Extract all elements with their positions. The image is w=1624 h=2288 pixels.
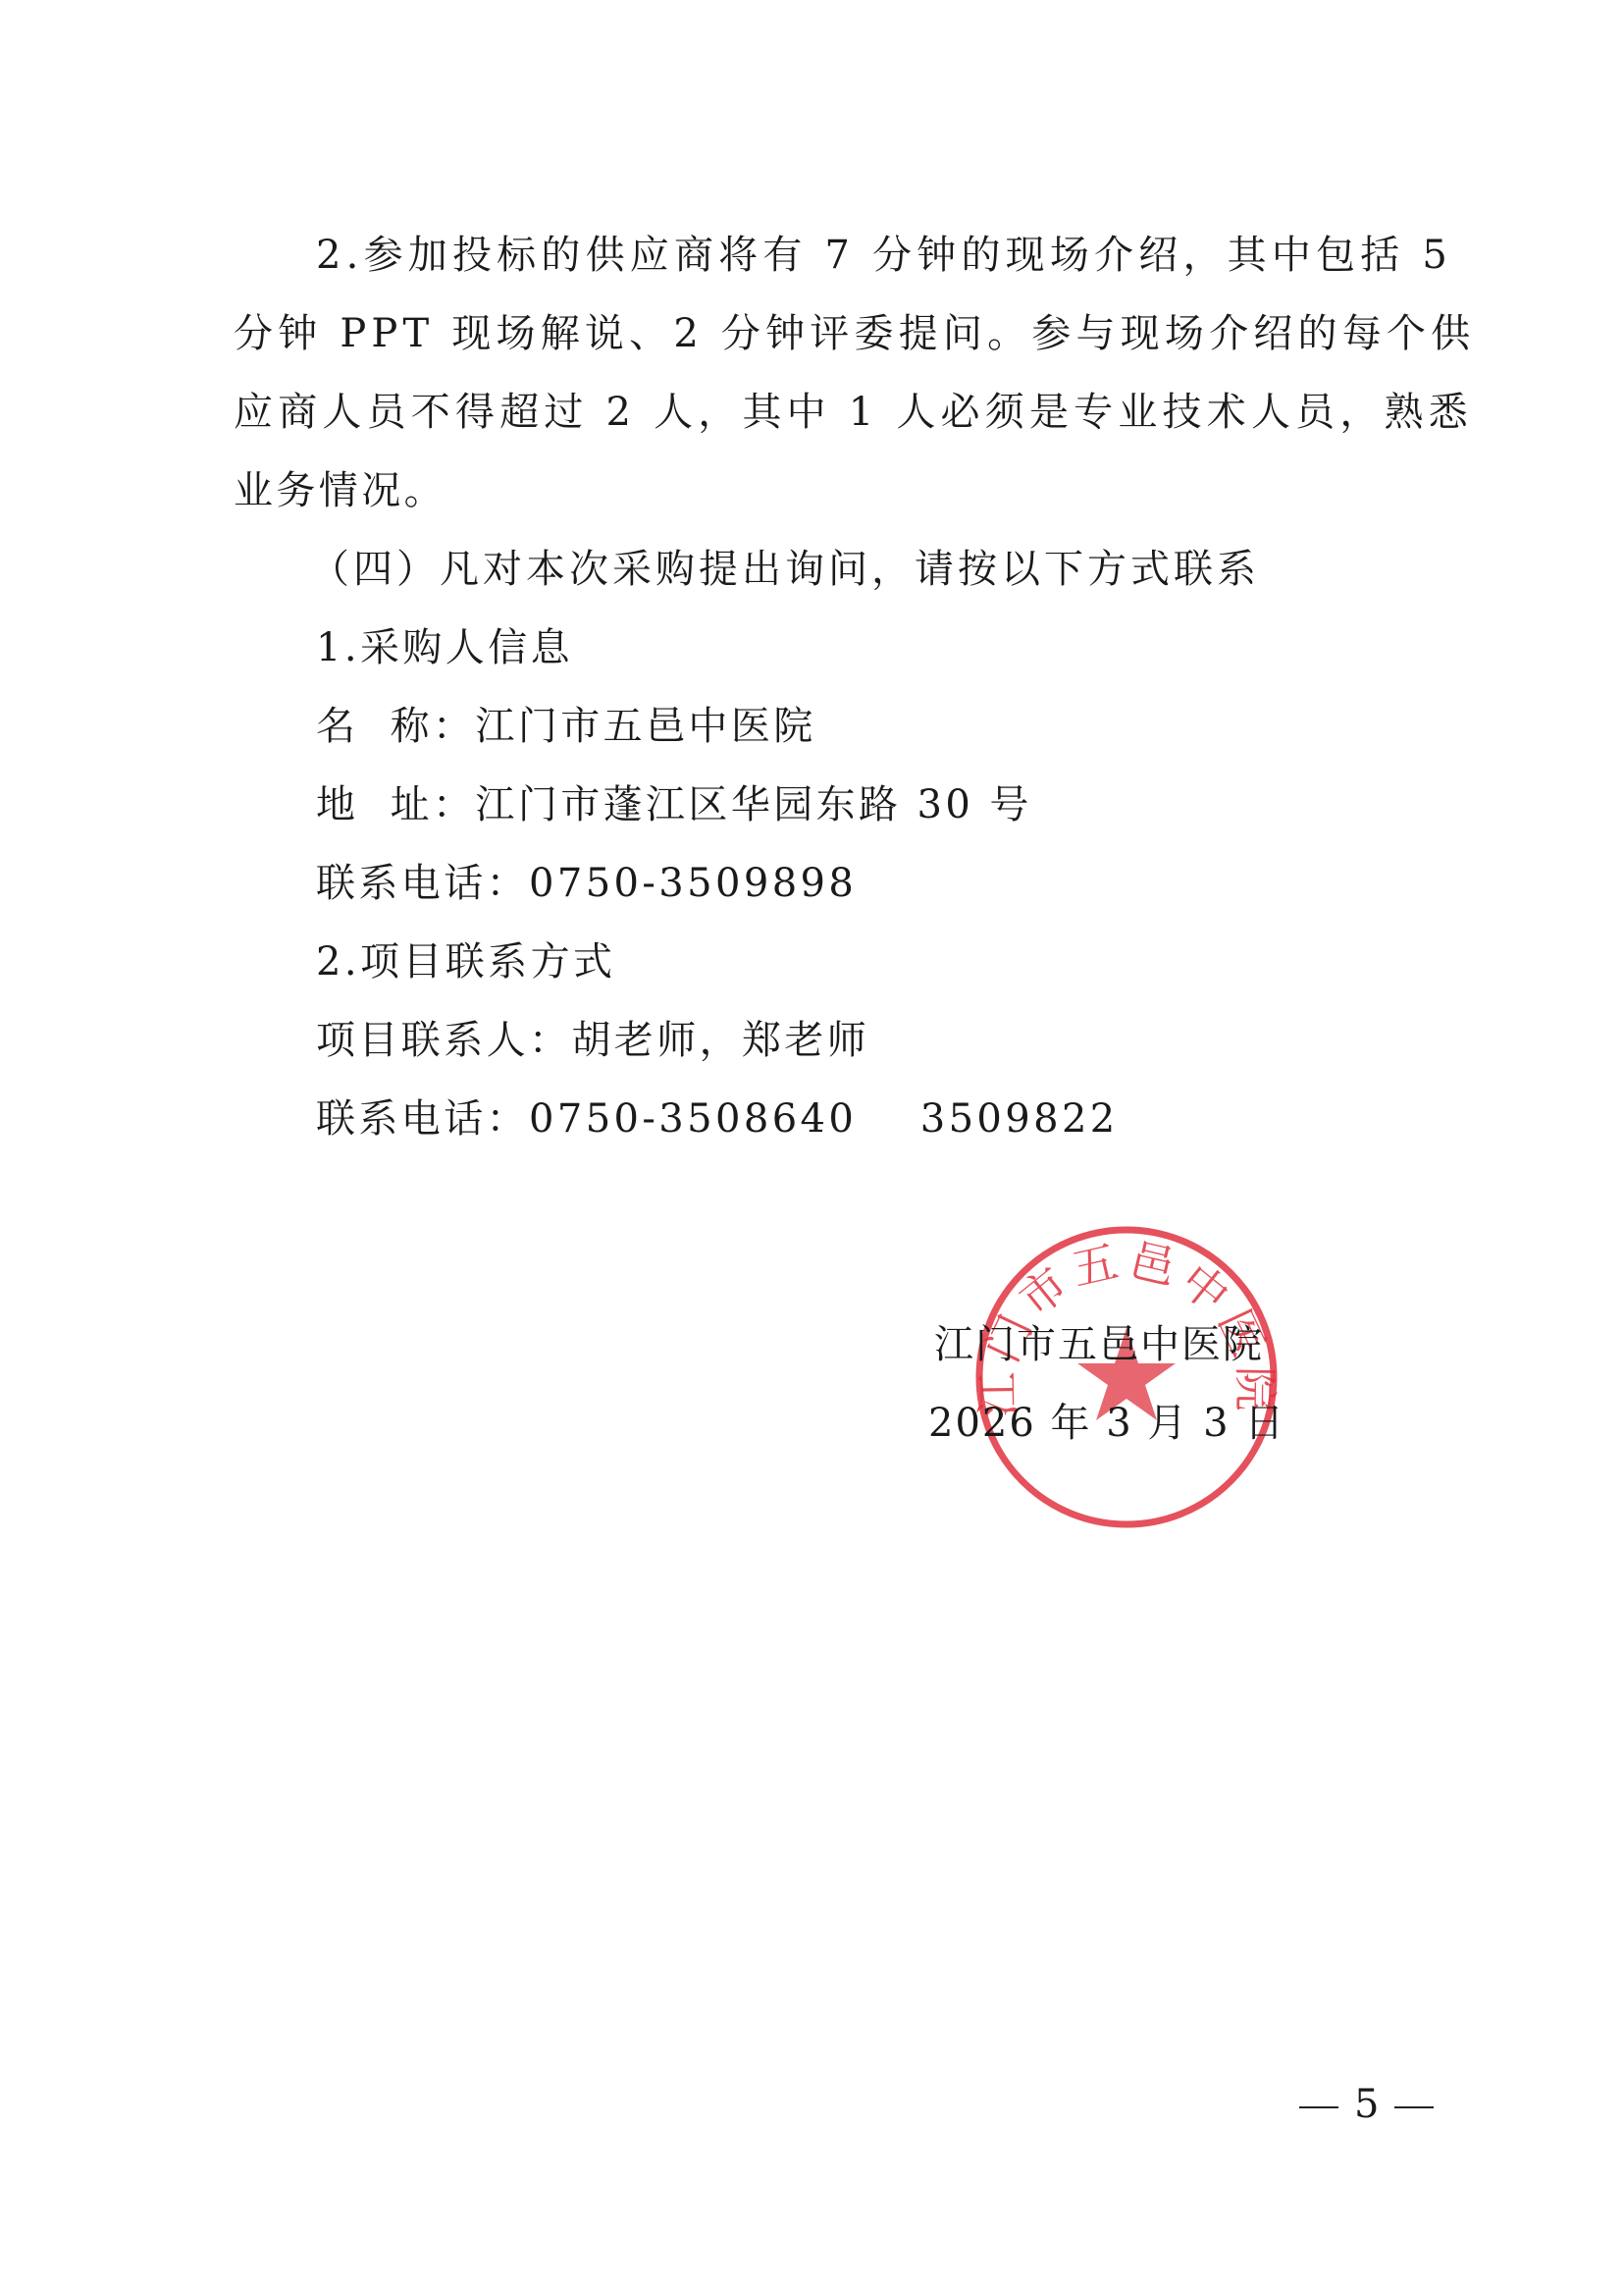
page-number: 5 <box>1283 2081 1449 2128</box>
purchaser-phone: 联系电话：0750-3509898 <box>316 860 857 907</box>
purchaser-heading: 1.采购人信息 <box>316 624 573 671</box>
page-number-value: 5 <box>1354 2082 1379 2127</box>
purchaser-name: 名 称：江门市五邑中医院 <box>316 703 816 750</box>
paragraph-line: 2.参加投标的供应商将有 7 分钟的现场介绍，其中包括 5 <box>316 232 1452 279</box>
page-number-dash-right <box>1394 2106 1434 2108</box>
paragraph-line: 应商人员不得超过 2 人，其中 1 人必须是专业技术人员，熟悉 <box>234 389 1473 436</box>
page-number-dash-left <box>1299 2106 1338 2108</box>
signature-date: 2026 年 3 月 3 日 <box>928 1400 1285 1447</box>
section-heading: （四）凡对本次采购提出询问，请按以下方式联系 <box>310 546 1260 593</box>
official-seal-icon: 江门市五邑中医院 <box>969 1220 1283 1534</box>
paragraph-line: 分钟 PPT 现场解说、2 分钟评委提问。参与现场介绍的每个供 <box>234 310 1475 357</box>
project-contact-person: 项目联系人：胡老师，郑老师 <box>316 1017 869 1064</box>
project-contact-heading: 2.项目联系方式 <box>316 938 615 985</box>
paragraph-line: 业务情况。 <box>234 467 446 514</box>
project-contact-phone: 联系电话：0750-3508640 3509822 <box>316 1095 1119 1143</box>
purchaser-address: 地 址：江门市蓬江区华园东路 30 号 <box>316 781 1032 828</box>
signature-organization: 江门市五邑中医院 <box>934 1321 1264 1368</box>
